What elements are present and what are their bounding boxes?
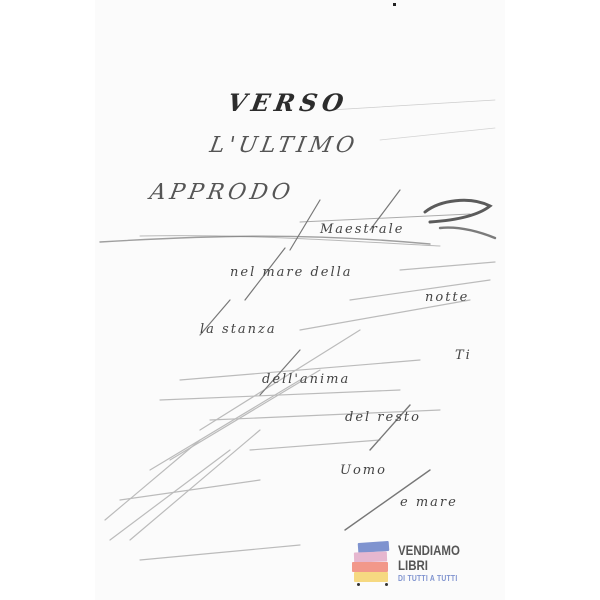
handwritten-note: del resto xyxy=(345,410,421,425)
handwritten-note: Maestrale xyxy=(320,222,404,237)
vendiamo-libri-logo: VENDIAMO LIBRI DI TUTTI A TUTTI xyxy=(350,540,470,586)
handwritten-note: la stanza xyxy=(200,322,277,337)
handwritten-note: Uomo xyxy=(340,463,387,478)
handwritten-note: dell'anima xyxy=(262,372,350,387)
brand-name-line-2: LIBRI xyxy=(398,557,428,573)
brand-tagline: DI TUTTI A TUTTI xyxy=(398,574,457,583)
handwritten-note: nel mare della xyxy=(230,265,353,280)
handwritten-note: e mare xyxy=(400,495,458,510)
handwritten-title-line-3: APPRODO xyxy=(148,180,296,205)
handwritten-note: notte xyxy=(425,290,469,305)
book-stack-icon xyxy=(350,540,392,586)
handwritten-title-line-2: L'ULTIMO xyxy=(208,133,360,158)
handwritten-title-line-1: VERSO xyxy=(225,88,350,117)
handwritten-note: Ti xyxy=(455,348,472,363)
brand-name-line-1: VENDIAMO xyxy=(398,542,460,558)
